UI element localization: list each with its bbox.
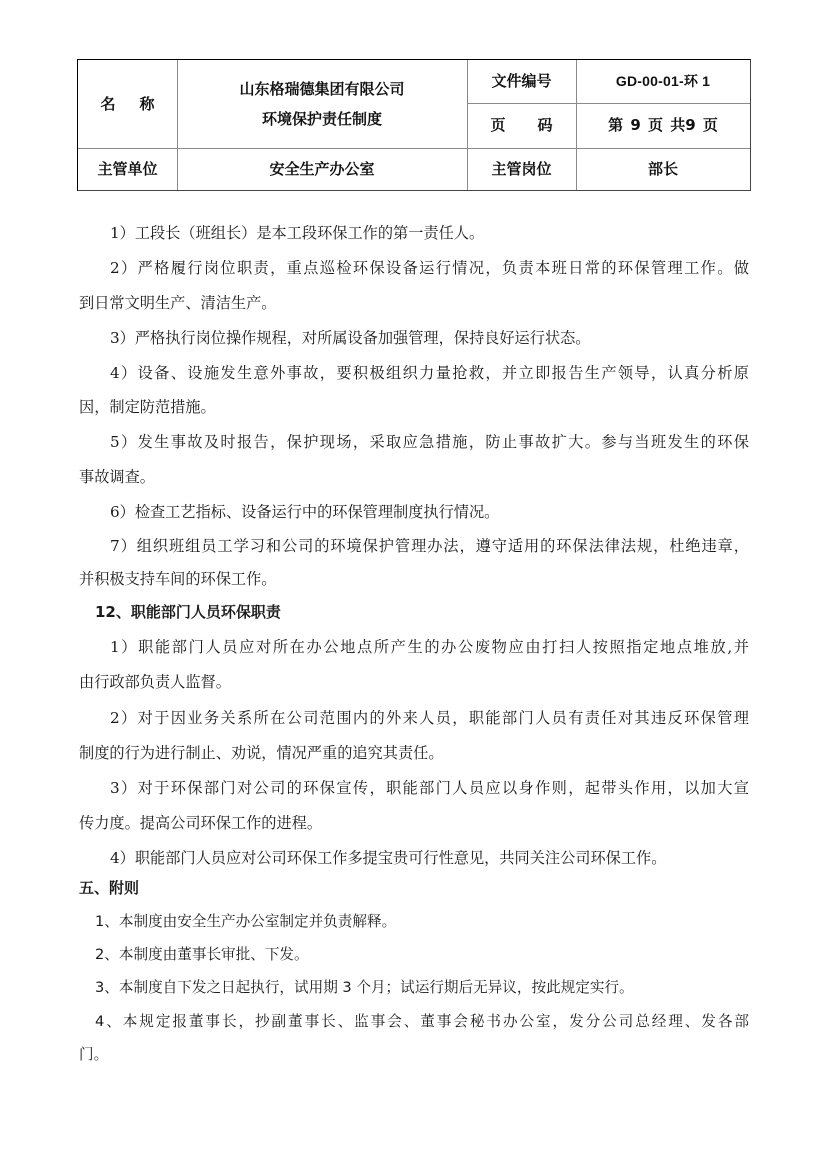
paragraph-line: 4）职能部门人员应对公司环保工作多提宝贵可行性意见，共同关注公司环保工作。 (79, 846, 749, 870)
paragraph-line: 4）设备、设施发生意外事故，要积极组织力量抢救，并立即报告生产领导，认真分析原 (79, 361, 749, 385)
department-value: 安全生产办公室 (269, 155, 374, 184)
file-number-label: 文件编号 (491, 67, 551, 96)
paragraph-line: 由行政部负责人监督。 (79, 670, 749, 694)
file-number-value: GD-00-01-环 1 (616, 68, 710, 95)
page-label-char: 码 (537, 111, 552, 140)
page-label-cell: 页 码 (467, 103, 576, 148)
paragraph-line: 因，制定防范措施。 (79, 395, 749, 419)
document-title: 环境保护责任制度 (262, 104, 382, 134)
paragraph-line: 5）发生事故及时报告，保护现场，采取应急措施，防止事故扩大。参与当班发生的环保 (79, 430, 749, 454)
page-number-value: 第 9 页 共9 页 (608, 111, 718, 140)
paragraph-line: 2）严格履行岗位职责，重点巡检环保设备运行情况，负责本班日常的环保管理工作。做 (79, 256, 749, 280)
paragraph-line: 1）职能部门人员应对所在办公地点所产生的办公废物应由打扫人按照指定地点堆放,并 (79, 635, 749, 659)
name-label-cell: 名 称 (78, 60, 177, 148)
paragraph-line: 1）工段长（班组长）是本工段环保工作的第一责任人。 (79, 221, 749, 245)
paragraph-line: 3）严格执行岗位操作规程，对所属设备加强管理，保持良好运行状态。 (79, 326, 749, 350)
paragraph-line: 门。 (79, 1043, 749, 1067)
paragraph-line: 3）对于环保部门对公司的环保宣传，职能部门人员应以身作则，起带头作用，以加大宣 (79, 776, 749, 800)
paragraph-line: 2、本制度由董事长审批、下发。 (79, 943, 749, 967)
department-value-cell: 安全生产办公室 (177, 148, 467, 190)
paragraph-line: 7）组织班组员工学习和公司的环境保护管理办法，遵守适用的环保法律法规，杜绝违章， (79, 534, 749, 558)
document-page: 名 称 山东格瑞德集团有限公司 环境保护责任制度 文件编号 GD-00-01-环… (0, 0, 827, 1169)
post-value-cell: 部长 (576, 148, 750, 190)
paragraph-line: 1、本制度由安全生产办公室制定并负责解释。 (79, 910, 749, 934)
paragraph-line: 6）检查工艺指标、设备运行中的环保管理制度执行情况。 (79, 500, 749, 524)
section-heading: 12、职能部门人员环保职责 (79, 600, 749, 624)
page-number-cell: 第 9 页 共9 页 (576, 103, 750, 148)
section-heading: 五、附则 (79, 876, 749, 900)
document-name-cell: 山东格瑞德集团有限公司 环境保护责任制度 (177, 60, 467, 148)
file-number-cell: GD-00-01-环 1 (576, 60, 750, 103)
post-label: 主管岗位 (491, 155, 551, 184)
paragraph-line: 并积极支持车间的环保工作。 (79, 567, 749, 591)
paragraph-line: 事故调查。 (79, 465, 749, 489)
name-label-char: 称 (139, 90, 154, 119)
company-name: 山东格瑞德集团有限公司 (239, 74, 404, 104)
post-value: 部长 (648, 155, 678, 184)
paragraph-line: 制度的行为进行制止、劝说，情况严重的追究其责任。 (79, 741, 749, 765)
department-label: 主管单位 (97, 155, 157, 184)
paragraph-line: 4、本规定报董事长，抄副董事长、监事会、董事会秘书办公室，发分公司总经理、发各部 (79, 1010, 749, 1034)
paragraph-line: 到日常文明生产、清洁生产。 (79, 291, 749, 315)
paragraph-line: 3、本制度自下发之日起执行，试用期 3 个月；试运行期后无异议，按此规定实行。 (79, 976, 749, 1000)
page-label-char: 页 (491, 111, 506, 140)
document-header-table: 名 称 山东格瑞德集团有限公司 环境保护责任制度 文件编号 GD-00-01-环… (77, 59, 751, 191)
file-number-label-cell: 文件编号 (467, 60, 576, 103)
paragraph-line: 传力度。提高公司环保工作的进程。 (79, 811, 749, 835)
post-label-cell: 主管岗位 (467, 148, 576, 190)
name-label-char: 名 (101, 90, 116, 119)
department-label-cell: 主管单位 (78, 148, 177, 190)
paragraph-line: 2）对于因业务关系所在公司范围内的外来人员，职能部门人员有责任对其违反环保管理 (79, 706, 749, 730)
